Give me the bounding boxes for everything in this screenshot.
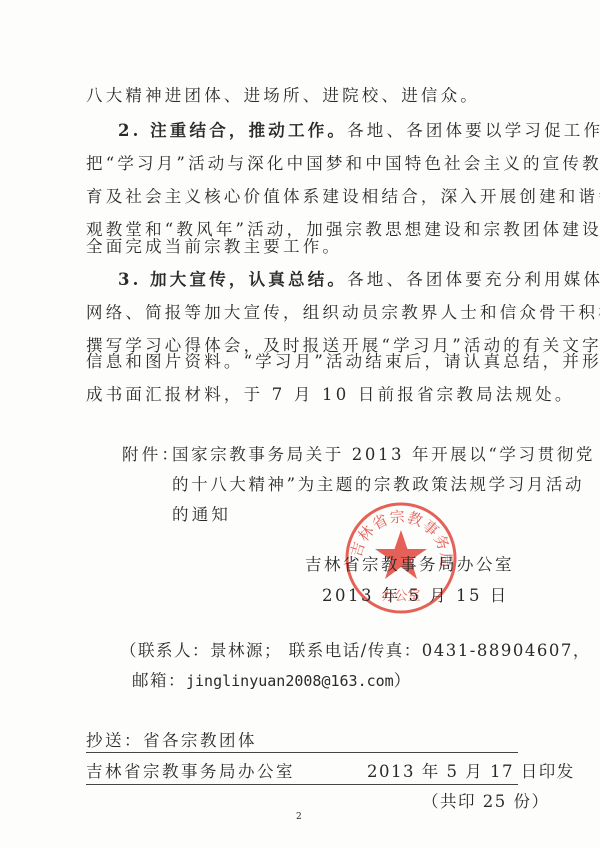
cc-line: 抄送：省各宗教团体 <box>86 731 257 751</box>
issuer: 吉林省宗教事务局办公室 <box>86 762 295 782</box>
rule-divider <box>86 752 518 753</box>
email-label: 邮箱： <box>132 671 186 690</box>
document-page: 八大精神进团体、进场所、进院校、进信众。 2. 注重结合，推动工作。各地、各团体… <box>0 0 600 848</box>
item-2-first-line: 2. 注重结合，推动工作。各地、各团体要以学习促工作， <box>118 121 600 141</box>
item-2-heading: 注重结合，推动工作。 <box>150 121 347 140</box>
contact-email-line: 邮箱：jinglinyuan2008@163.com） <box>132 671 412 691</box>
item-3-heading: 加大宣传，认真总结。 <box>150 270 347 289</box>
item-3-text: 各地、各团体要充分利用媒体、 <box>347 270 600 289</box>
page-number: 2 <box>296 812 302 822</box>
copies-count: （共印 25 份） <box>422 792 550 812</box>
attachment-line: 国家宗教事务局关于 2013 年开展以“学习贯彻党 <box>172 445 595 465</box>
item-3-first-line: 3. 加大宣传，认真总结。各地、各团体要充分利用媒体、 <box>118 270 600 290</box>
contact-line: （联系人：景林源； 联系电话/传真：0431-88904607， <box>120 641 591 661</box>
body-line: 信息和图片资料。“学习月”活动结束后，请认真总结，并形 <box>86 352 600 372</box>
item-3-number: 3. <box>118 270 142 289</box>
cc-recipients: 省各宗教团体 <box>143 731 257 750</box>
body-line: 网络、简报等加大宣传，组织动员宗教界人士和信众骨干积极 <box>86 303 600 323</box>
issue-date: 2013 年 5 月 17 日印发 <box>367 762 575 782</box>
cc-label: 抄送： <box>86 731 143 750</box>
item-2-text: 各地、各团体要以学习促工作， <box>347 121 600 140</box>
body-line: 全面完成当前宗教主要工作。 <box>86 237 342 257</box>
body-line: 把“学习月”活动与深化中国梦和中国特色社会主义的宣传教 <box>86 154 600 174</box>
signature-date: 2013 年 5 月 15 日 <box>322 586 509 606</box>
contact-close: ） <box>394 671 412 690</box>
signature-office: 吉林省宗教事务局办公室 <box>305 555 514 575</box>
attachment-line: 的十八大精神”为主题的宗教政策法规学习月活动 <box>172 475 584 495</box>
body-line: 育及社会主义核心价值体系建设相结合，深入开展创建和谐寺 <box>86 187 600 207</box>
body-line: 成书面汇报材料，于 7 月 10 日前报省宗教局法规处。 <box>86 385 575 405</box>
attachment-line: 的通知 <box>172 505 231 525</box>
email-address[interactable]: jinglinyuan2008@163.com <box>186 672 394 690</box>
item-2-number: 2. <box>118 121 142 140</box>
rule-divider <box>86 784 518 785</box>
body-line: 八大精神进团体、进场所、进院校、进信众。 <box>86 86 480 106</box>
